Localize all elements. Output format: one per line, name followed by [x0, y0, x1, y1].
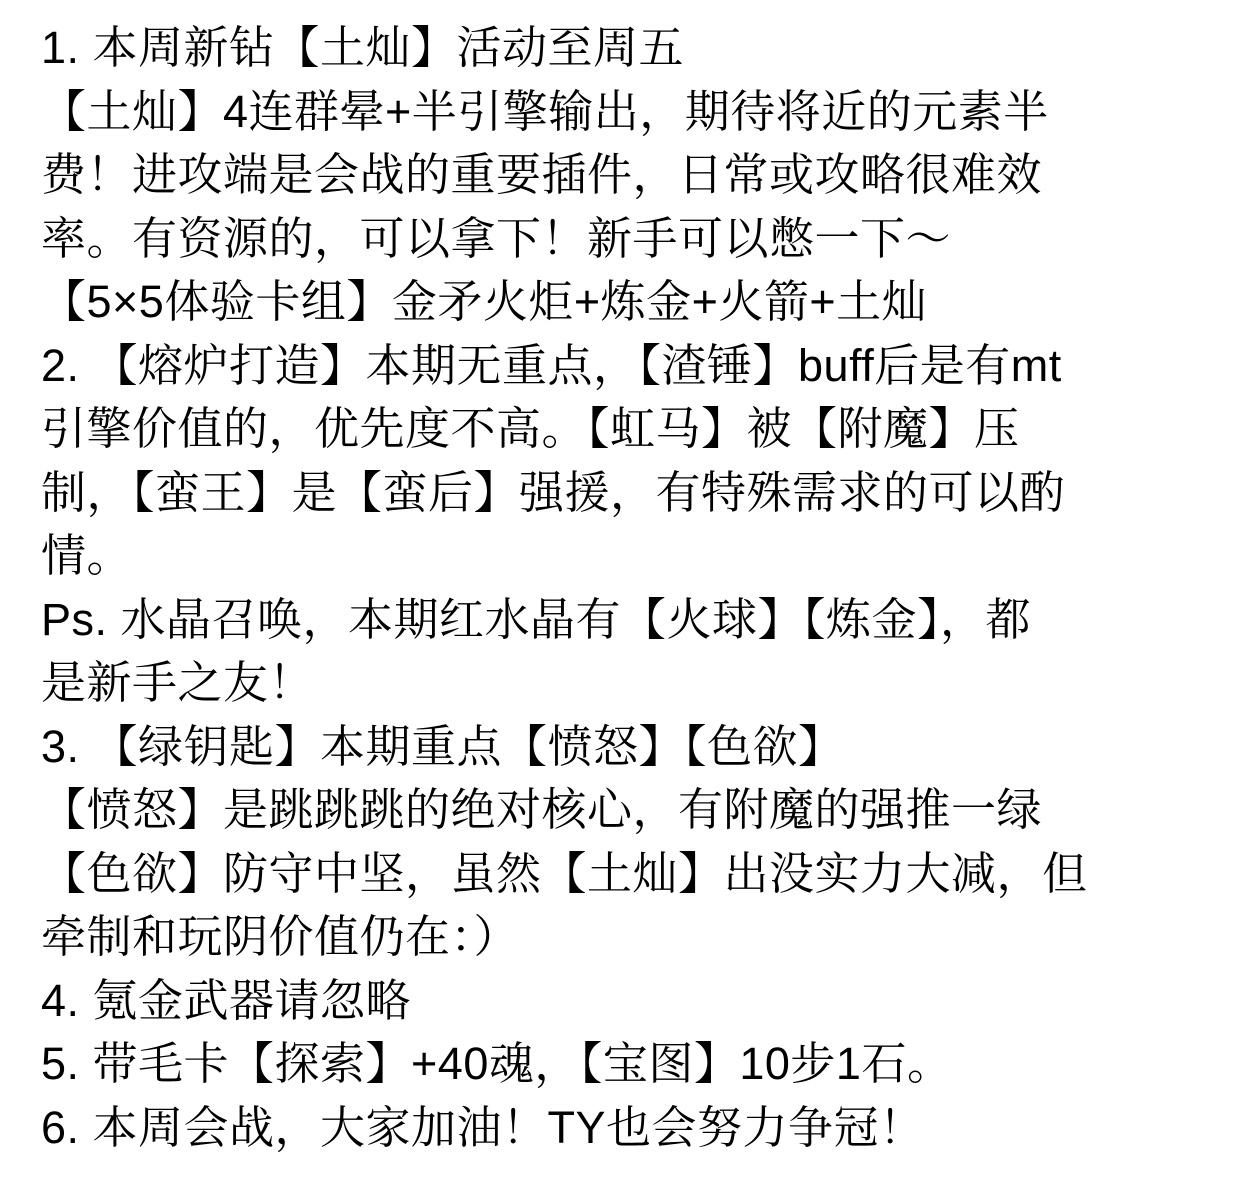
text-line: 【色欲】防守中坚，虽然【土灿】出没实力大减，但 — [41, 842, 1224, 906]
text-line: 情。 — [41, 524, 1224, 588]
text-line: 牵制和玩阴价值仍在：） — [41, 905, 1224, 969]
note-page: 1. 本周新钻【土灿】活动至周五 【土灿】4连群晕+半引擎输出，期待将近的元素半… — [0, 0, 1242, 1182]
text-line: 5. 带毛卡【探索】+40魂，【宝图】10步1石。 — [41, 1032, 1224, 1096]
text-line: 【土灿】4连群晕+半引擎输出，期待将近的元素半 — [41, 80, 1224, 144]
text-line: 1. 本周新钻【土灿】活动至周五 — [41, 16, 1224, 80]
text-line: 【愤怒】是跳跳跳的绝对核心，有附魔的强推一绿 — [41, 778, 1224, 842]
text-line: 2. 【熔炉打造】本期无重点，【渣锤】buff后是有mt — [41, 334, 1224, 398]
text-line: 是新手之友！ — [41, 651, 1224, 715]
text-line: 4. 氪金武器请忽略 — [41, 969, 1224, 1033]
text-line: 3. 【绿钥匙】本期重点【愤怒】【色欲】 — [41, 715, 1224, 779]
text-line: Ps. 水晶召唤，本期红水晶有【火球】【炼金】，都 — [41, 588, 1224, 652]
text-line: 制，【蛮王】是【蛮后】强援，有特殊需求的可以酌 — [41, 461, 1224, 525]
text-line: 率。有资源的，可以拿下！新手可以憋一下～ — [41, 207, 1224, 271]
text-line: 6. 本周会战，大家加油！TY也会努力争冠！ — [41, 1096, 1224, 1160]
text-line: 【5×5体验卡组】金矛火炬+炼金+火箭+土灿 — [41, 270, 1224, 334]
text-line: 费！进攻端是会战的重要插件，日常或攻略很难效 — [41, 143, 1224, 207]
text-line: 引擎价值的，优先度不高。【虹马】被【附魔】压 — [41, 397, 1224, 461]
